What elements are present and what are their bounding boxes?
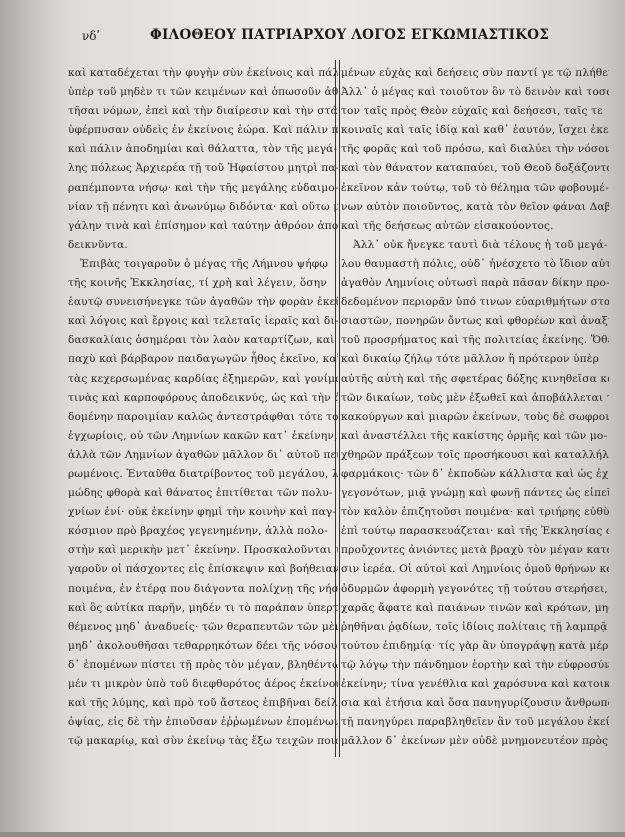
text-line: καὶ δικαίῳ ζήλῳ τότε μᾶλλον ἢ πρότερον ὑ…	[341, 350, 609, 369]
text-line: λου θαυμαστὴ πόλις, οὐδ᾽ ἠνέσχετο τὸ ἴδι…	[341, 255, 609, 274]
text-line: δεικνῦντα.	[68, 236, 338, 255]
text-line: τῆσαι νόμων, ἐπεὶ καὶ τὴν διαίρεσιν καὶ …	[68, 102, 338, 121]
text-line: τοῦ προσρήματος καὶ τῆς πολιτείας ἐκείνη…	[341, 331, 609, 350]
text-line: μᾶλλον δ᾽ ἐκείνων μὲν οὐδὲ μνημονευτέον …	[341, 732, 609, 751]
text-line: Ἀλλ᾽ οὐκ ἤνεγκε ταυτὶ διὰ τέλους ἡ τοῦ μ…	[341, 236, 609, 255]
page-number: νδʹ	[82, 29, 100, 43]
text-line: κοιναῖς καὶ ταῖς ἰδίᾳ καὶ καθ᾽ ἑαυτόν, ἴ…	[341, 121, 609, 140]
text-line: μένων εὐχὰς καὶ δεήσεις σὺν παντί γε τῷ …	[341, 64, 609, 83]
column-divider	[335, 60, 340, 757]
text-line: σιαστῶν, πονηρῶν ὄντως καὶ φθορέων καὶ ἀ…	[341, 312, 609, 331]
text-line: ἐκεῖνον κἀν τούτῳ, τοῦ τὸ θέλημα τῶν φοβ…	[341, 179, 609, 198]
text-line: δομένην παροιμίαν καλῶς ἀντεστράφθαι τότ…	[68, 408, 338, 427]
text-line: δ᾽ ἑπομένων πίστει τῇ πρὸς τὸν μέγαν, βλ…	[68, 656, 338, 675]
text-line: τῷ λόγῳ τὴν πάνδημον ἑορτὴν καὶ τὴν εὐφρ…	[341, 656, 609, 675]
text-line: σια καὶ ἐτήσια καὶ ὅσα πανηγυρίζουσιν ἄν…	[341, 694, 609, 713]
text-line: ἀλλὰ τῶν Λημνίων ἀγαθῶν μᾶλλον δι᾽ αὐτοῦ…	[68, 446, 338, 465]
text-line: τῆς κοινῆς Ἐκκλησίας, τί χρὴ καὶ λέγειν,…	[68, 274, 338, 293]
text-line: Ἐπιβὰς τοιγαροῦν ὁ μέγας τῆς Λήμνου ψήφῳ	[68, 255, 338, 274]
text-line: προὔχοντες ἀνιόντες μετὰ βραχὺ τὸν μέγαν…	[341, 541, 609, 560]
text-line: δεδομένον περιορᾶν ὑπό τινων εὐαριθμήτων…	[341, 293, 609, 312]
text-line: ἐκείνην; τίνα γενέθλια καὶ χαρόσυνα καὶ …	[341, 675, 609, 694]
text-line: δασκαλίαις ὁσημέραι τὸν λαὸν καταρτίζων,…	[68, 331, 338, 350]
left-text-column: καὶ καταδέχεται τὴν φυγὴν σὺν ἐκείνοις κ…	[68, 64, 338, 751]
text-line: ποιμένα, ἐν ἑτέρᾳ που διάγοντα πολίχνῃ τ…	[68, 580, 338, 599]
text-line: ὀδυρμῶν ἀφορμὴ γεγονότες τῇ τούτου στερή…	[341, 580, 609, 599]
text-line: τινὰς καὶ καρποφόρους ἀποδεικνύς, ὡς καὶ…	[68, 389, 338, 408]
text-line: κακούργων καὶ μιαρῶν ἐκείνων, τοὺς δὲ σω…	[341, 408, 609, 427]
text-line: κόσμιον πρὸ βραχέος γεγενημένην, ἀλλὰ πο…	[68, 522, 338, 541]
text-line: χαρᾶς ἄφατε καὶ παιάνων τινῶν καὶ κρότων…	[341, 599, 609, 618]
text-line: μώδης φθορὰ καὶ θάνατος ἐπιτίθεται τῶν π…	[68, 484, 338, 503]
text-line: παχὺ καὶ βάρβαρον παιδαγωγῶν ἦθος ἐκεῖνο…	[68, 350, 338, 369]
text-line: τῷ μακαρίῳ, καὶ σὺν ἐκείνῳ τὰς ἔξω τειχῶ…	[68, 732, 338, 751]
text-line: Ἀλλ᾽ ὁ μέγας καὶ τοιοῦτον ὂν τὸ δεινὸν κ…	[341, 83, 609, 102]
text-line: τον ταῖς πρὸς Θεὸν εὐχαῖς καὶ δεήσεσι, τ…	[341, 102, 609, 121]
text-line: καὶ τῆς δεήσεως αὐτῶν εἰσακούοντος.	[341, 217, 609, 236]
text-line: γεγονότων, μιᾷ γνώμῃ καὶ φωνῇ πάντες ὡς …	[341, 484, 609, 503]
text-line: καὶ ἀναστέλλει τῆς κακίστης ὁρμῆς καὶ τῶ…	[341, 427, 609, 446]
text-line: αὐτῆς αὐτὴ καὶ τῆς σφετέρας δόξης κινηθε…	[341, 370, 609, 389]
text-line: ραπέμποντα νήσῳ· καὶ τὴν τῆς μεγάλης εὐδ…	[68, 179, 338, 198]
text-line: θέμενος μηδ᾽ ἀναδυείς· τῶν θεραπευτῶν τῶ…	[68, 618, 338, 637]
text-line: καὶ καταδέχεται τὴν φυγὴν σὺν ἐκείνοις κ…	[68, 64, 338, 83]
text-line: στὴν καὶ μερικὴν μετ᾽ ἐκείνην. Προσκαλοῦ…	[68, 541, 338, 560]
text-line: ὑπὲρ τοῦ μηδὲν τι τῶν κειμένων καὶ ὁπωσο…	[68, 83, 338, 102]
text-line: καὶ λόγοις καὶ ἔργοις καὶ τελεταῖς ἱεραῖ…	[68, 312, 338, 331]
text-line: τῆς φορᾶς καὶ τοῦ πρόσω, καὶ διαλύει τὴν…	[341, 140, 609, 159]
text-line: ὀψίας, εἰς δὲ τὴν ἐπιοῦσαν ἐῤῥωμένων ἑπο…	[68, 713, 338, 732]
text-line: μηδ᾽ ἀκολουθῆσαι τεθαρρηκότων δέει τῆς ν…	[68, 637, 338, 656]
text-line: τὰς κεχερσωμένας καρδίας ἐξημερῶν, καὶ γ…	[68, 370, 338, 389]
text-line: χθηρῶν πράξεων τοῖς προσήκουσι καὶ καταλ…	[341, 446, 609, 465]
text-line: νίαν τῇ πένητι καὶ ἀνωνύμῳ διδόντα· καὶ …	[68, 198, 338, 217]
scanned-page: νδʹ ΦΙΛΟΘΕΟΥ ΠΑΤΡΙΑΡΧΟΥ ΛΟΓΟΣ ΕΓΚΩΜΙΑΣΤΙ…	[0, 0, 625, 837]
page-bottom-edge	[0, 832, 625, 837]
text-line: λης πόλεως Ἀρχιερέα τῇ τοῦ Ἡφαίστου μητρ…	[68, 159, 338, 178]
text-line: φαρμάκοις· τῶν δ᾽ ἐκποδὼν κάλλιστα καὶ ὡ…	[341, 465, 609, 484]
text-line: τούτου ἐπιδημίᾳ· τίς γὰρ ἂν ὑπογράψῃ κατ…	[341, 637, 609, 656]
text-line: ἀγαθὸν Λημνίοις οὑτωσὶ παρὰ πᾶσαν δίκην …	[341, 274, 609, 293]
text-line: ῥηθῆναι ῥᾳδίων, τοῖς ἰδίοις πολίταις τῇ …	[341, 618, 609, 637]
text-line: καὶ τῆς λύμης, καὶ πρὸ τοῦ ἄστεος ἐπιβῆν…	[68, 694, 338, 713]
text-line: τῇ πανηγύρει παραβληθεῖεν ἂν τοῦ μεγάλου…	[341, 713, 609, 732]
text-line: τῶν δικαίων, τοὺς μὲν ἐξωθεῖ καὶ ἀποβάλλ…	[341, 389, 609, 408]
text-line: γάλην τινὰ καὶ ἐπίσημον καὶ ταύτην ἀθρόο…	[68, 217, 338, 236]
text-line: ἐπὶ τούτῳ παρασκευάζεται· καὶ τῆς Ἐκκλησ…	[341, 522, 609, 541]
right-text-column: μένων εὐχὰς καὶ δεήσεις σὺν παντί γε τῷ …	[341, 64, 609, 751]
text-line: ρωμένοις. Ἐνταῦθα διατρίβοντος τοῦ μεγάλ…	[68, 465, 338, 484]
text-line: νων αὐτὸν ποιοῦντος, κατὰ τὸν θεῖον φάνα…	[341, 198, 609, 217]
text-line: ὑφέρπυσαν οὐδεὶς ἐν ἐκείνοις ἑώρα. Καὶ π…	[68, 121, 338, 140]
text-line: καὶ πάλιν ἀποδημίαι καὶ θάλαττα, τὸν τῆς…	[68, 140, 338, 159]
text-line: γαροῦν οἱ πάσχοντες εἰς ἐπίσκεψιν καὶ βο…	[68, 560, 338, 579]
text-line: χνίων ἐνί· οὐκ ἐκείνην φημὶ τὴν κοινὴν κ…	[68, 503, 338, 522]
text-line: καὶ τὸν θάνατον καταπαύει, τοῦ Θεοῦ δοξά…	[341, 159, 609, 178]
running-head: ΦΙΛΟΘΕΟΥ ΠΑΤΡΙΑΡΧΟΥ ΛΟΓΟΣ ΕΓΚΩΜΙΑΣΤΙΚΟΣ	[150, 27, 530, 43]
text-line: σιν ἱερέα. Οἱ αὐτοὶ καὶ Λημνίοις ὁμοῦ θρ…	[341, 560, 609, 579]
text-line: τὸν καλὸν ἐπιζητοῦσι ποιμένα· καὶ τριήρη…	[341, 503, 609, 522]
text-line: ἐγχωρίοις, οὐ τῶν Λημνίων κακῶν κατ᾽ ἐκε…	[68, 427, 338, 446]
text-line: ἑαυτῷ συνεισήνεγκε τῶν ἀγαθῶν τὴν φορὰν …	[68, 293, 338, 312]
text-line: μέν τι μικρὸν ὑπὸ τοῦ διεφθορότος ἀέρος …	[68, 675, 338, 694]
text-line: καὶ ὃς αὐτίκα παρῆν, μηδέν τι τὸ παράπαν…	[68, 599, 338, 618]
